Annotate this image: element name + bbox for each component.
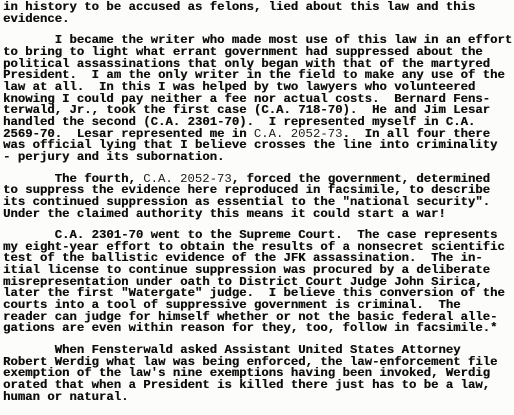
typewriter-text: gations are even within reason for they,… [3,321,497,335]
text-line: gations are even within reason for they,… [3,323,514,335]
text-line: evidence. [3,14,514,26]
text-line: Under the claimed authority this means i… [3,209,514,221]
text-line: in history to be accused as felons, lied… [3,2,514,14]
paragraph: When Fensterwald asked Assistant United … [3,345,514,403]
typewriter-text: evidence. [3,12,69,26]
paragraph: The fourth, C.A. 2052-73, forced the gov… [3,174,514,221]
typewriter-text: in history to be accused as felons, lied… [3,0,475,14]
text-line: - perjury and its subornation. [3,152,514,164]
paragraph: I became the writer who made most use of… [3,35,514,163]
text-line: human or natural. [3,392,514,404]
document-text: in history to be accused as felons, lied… [3,2,514,403]
typewriter-text: Under the claimed authority this means i… [3,207,446,221]
typewriter-text: human or natural. [3,390,128,404]
paragraph: in history to be accused as felons, lied… [3,2,514,25]
typewriter-text: - perjury and its subornation. [3,150,224,164]
document-page: in history to be accused as felons, lied… [0,0,514,415]
paragraph: C.A. 2301-70 went to the Supreme Court. … [3,230,514,335]
